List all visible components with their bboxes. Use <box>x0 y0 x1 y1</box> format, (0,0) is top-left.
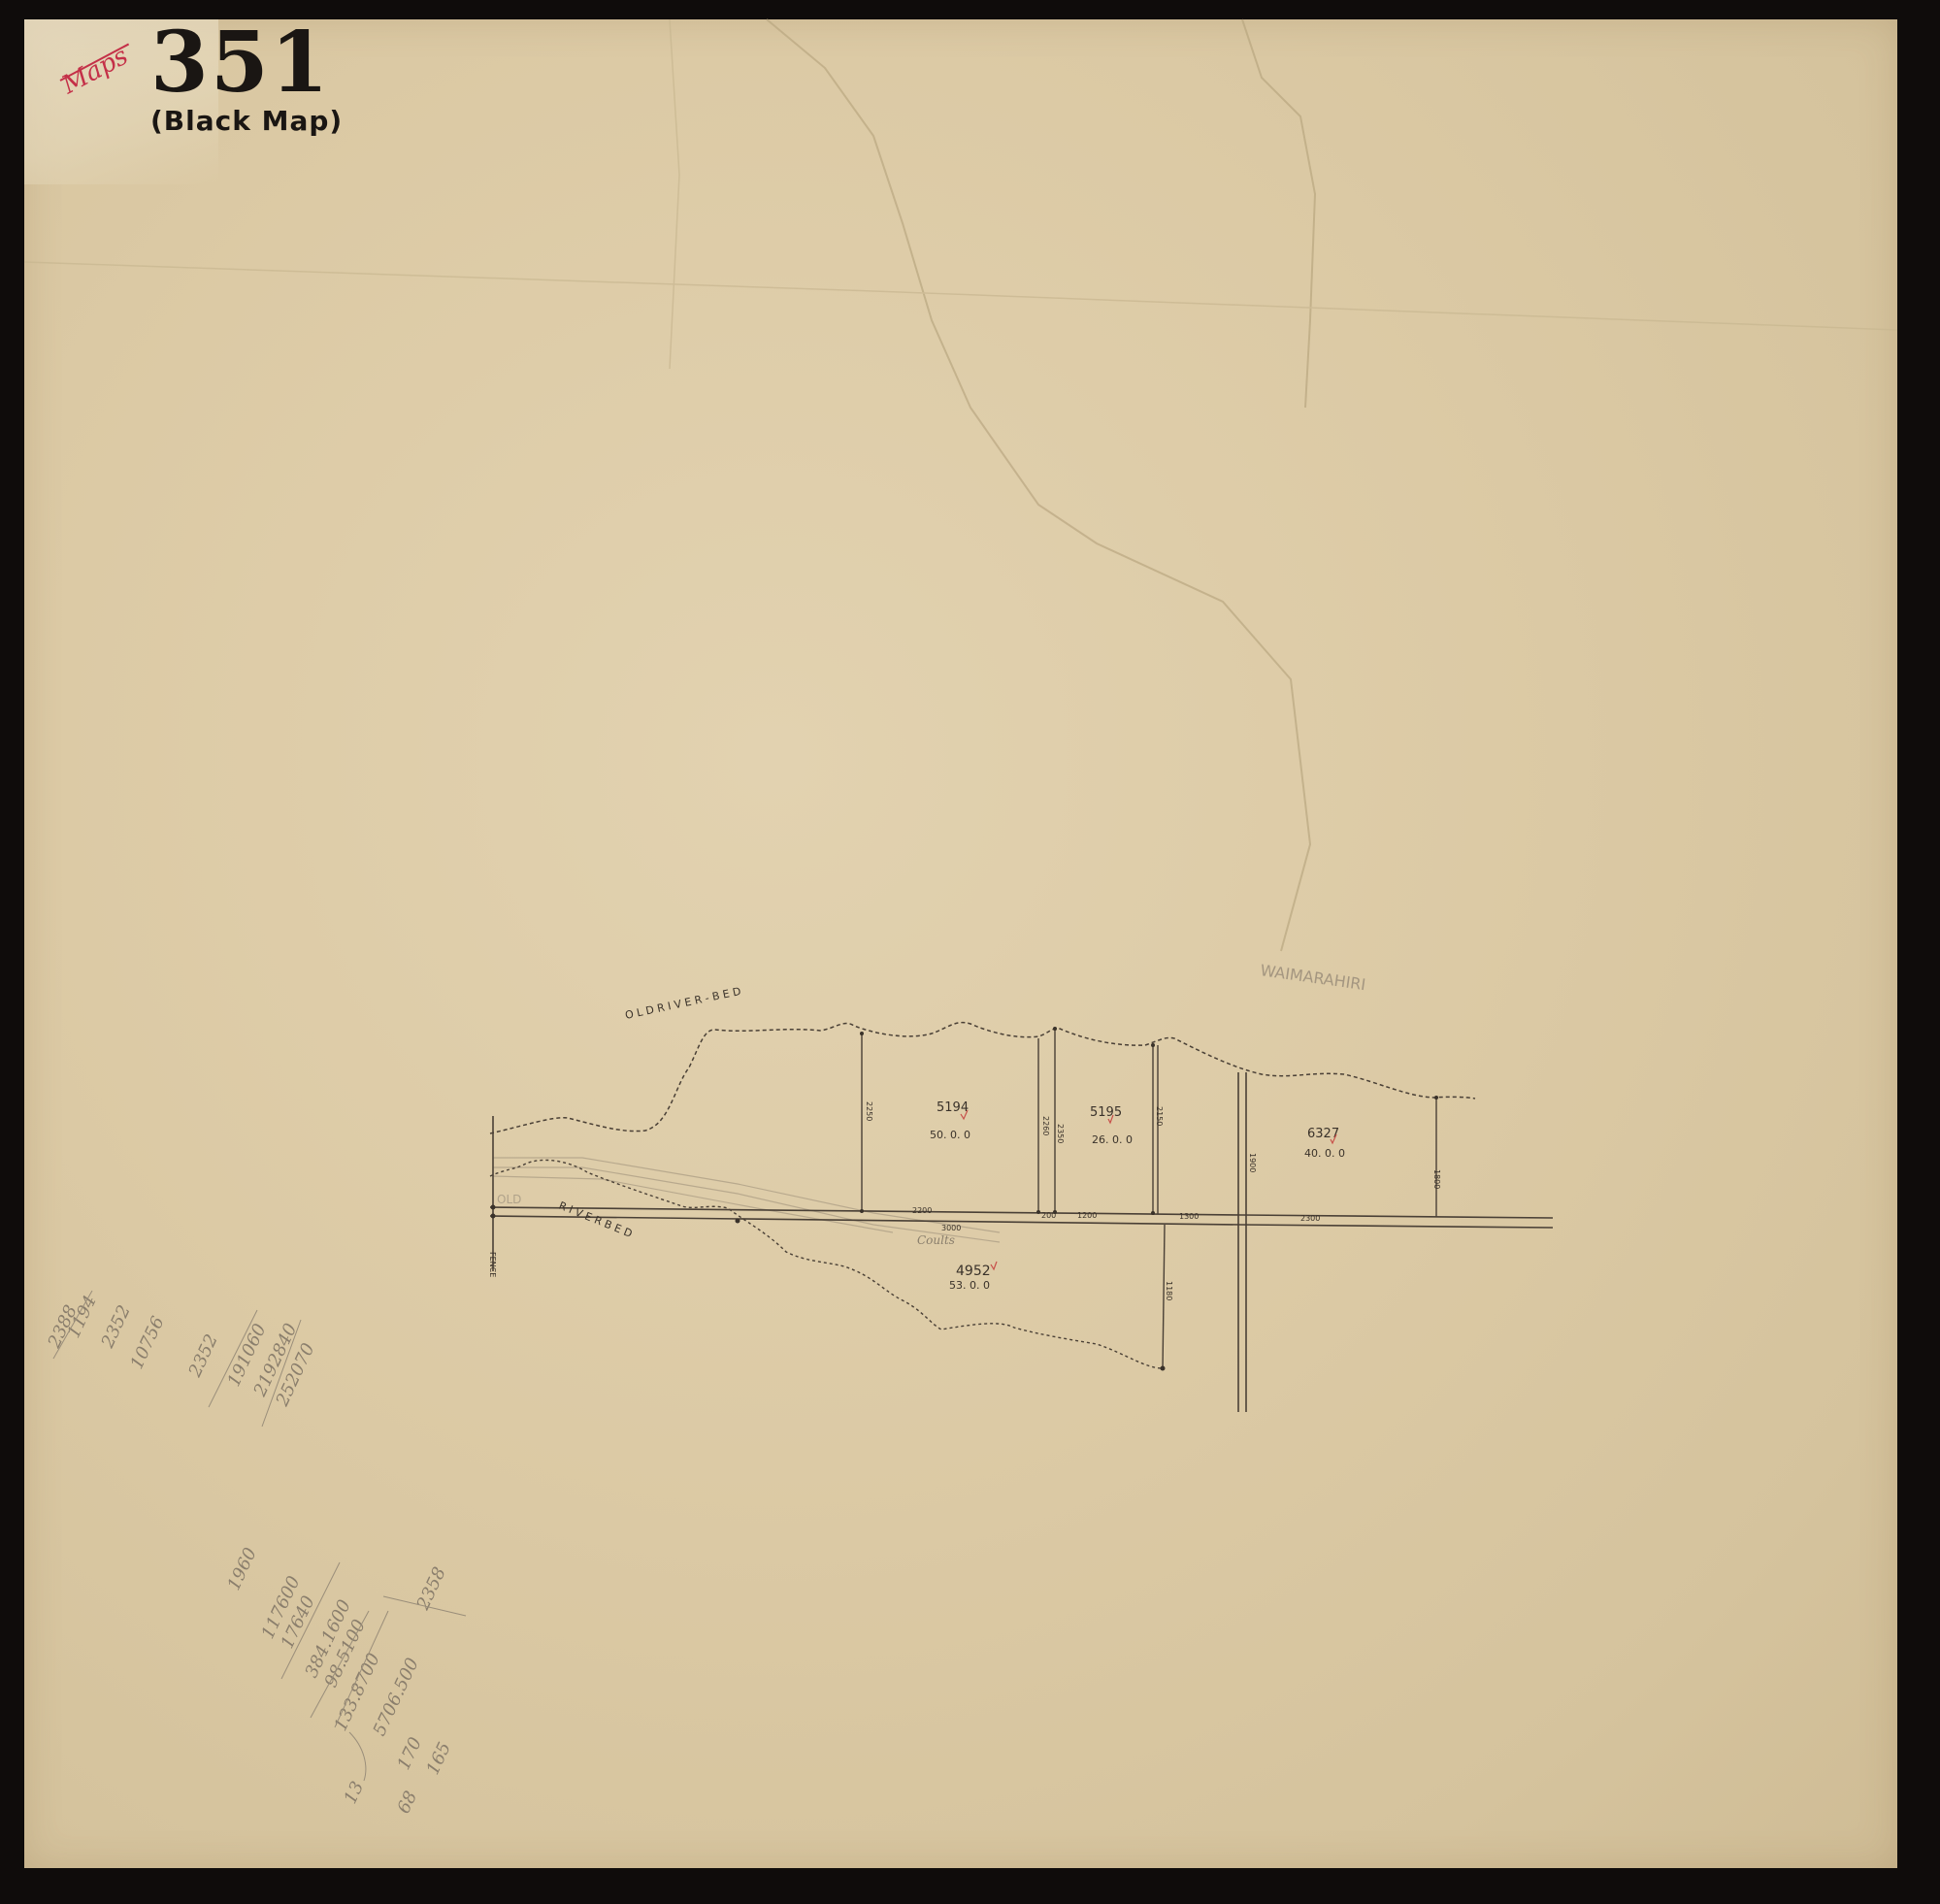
lot-number: 4952 <box>956 1264 991 1279</box>
survey-plan: O L D R I V E R - B E D R I V E R B E D … <box>0 0 1940 1904</box>
pencil-number: 170 <box>393 1734 426 1773</box>
old-river-bank-line <box>490 1023 1475 1133</box>
road-lines <box>490 1072 1553 1412</box>
dimension: 1180 <box>1165 1281 1173 1300</box>
dimension: 1300 <box>1179 1212 1199 1221</box>
river-bed-bank-line <box>490 1160 1163 1368</box>
river-bed-label: R I V E R B E D <box>557 1199 634 1240</box>
coulter-note: Coults <box>917 1233 955 1247</box>
dimension: 2260 <box>1041 1116 1050 1135</box>
dimension: 2200 <box>912 1206 932 1215</box>
dimension: 3000 <box>941 1224 961 1232</box>
lot-area: 26. 0. 0 <box>1092 1133 1133 1146</box>
dimension: 2300 <box>1300 1214 1320 1223</box>
red-check-marks <box>961 1110 1336 1269</box>
pencil-number: 68 <box>393 1788 421 1817</box>
pencil-river-hatching <box>493 1158 1000 1242</box>
map-labels: O L D R I V E R - B E D R I V E R B E D … <box>488 961 1366 1277</box>
lot-boundaries <box>862 1029 1436 1370</box>
pencil-number: 13 <box>340 1778 368 1807</box>
dimension: 1900 <box>1248 1153 1257 1172</box>
pencil-number: 2358 <box>412 1564 450 1614</box>
lot-area: 50. 0. 0 <box>930 1129 970 1141</box>
survey-pegs <box>491 1027 1439 1371</box>
dimension: 1800 <box>1432 1169 1441 1189</box>
pencil-calc-rules <box>53 1291 466 1781</box>
lot-labels: 5194 50. 0. 0 5195 26. 0. 0 6327 40. 0. … <box>930 1100 1345 1292</box>
old-river-bed-label: O L D R I V E R - B E D <box>624 985 742 1022</box>
old-faint-label: OLD <box>497 1193 521 1206</box>
paper-creases <box>24 19 1897 951</box>
dimension: 2150 <box>1155 1106 1164 1126</box>
dimension: 1200 <box>1077 1211 1097 1220</box>
lot-area: 40. 0. 0 <box>1304 1147 1345 1160</box>
lot-area: 53. 0. 0 <box>949 1279 990 1292</box>
pencil-number: 1960 <box>223 1545 260 1593</box>
dimension: 2250 <box>865 1101 873 1121</box>
waimarahiri-label: WAIMARAHIRI <box>1259 961 1366 994</box>
pencil-number: 2352 <box>184 1331 222 1381</box>
pencil-calculations: 2388 1194 2352 10756 2352 191060 2192840… <box>44 1293 455 1817</box>
dimension: 200 <box>1041 1211 1056 1220</box>
pencil-number: 2352 <box>97 1302 135 1352</box>
dimension: 2350 <box>1056 1124 1065 1143</box>
lot-number: 5195 <box>1090 1105 1122 1120</box>
pencil-number: 10756 <box>126 1313 168 1372</box>
lot-number: 5194 <box>937 1100 969 1115</box>
pencil-number: 165 <box>422 1739 455 1778</box>
fence-label: FENCE <box>488 1252 497 1277</box>
